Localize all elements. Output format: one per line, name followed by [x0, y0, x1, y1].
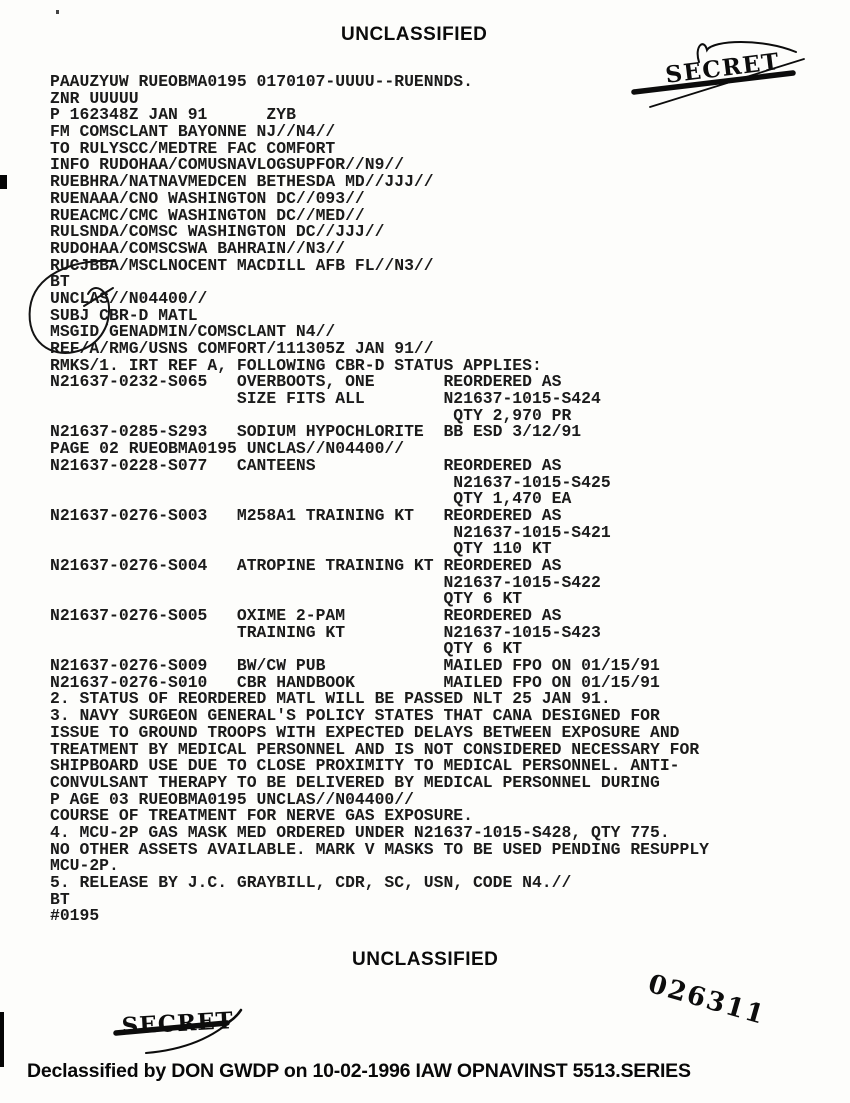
- secret-stamp-bottom: SECRET: [121, 1007, 234, 1040]
- secret-stamp-top: SECRET: [664, 48, 782, 89]
- classification-footer: UNCLASSIFIED: [352, 949, 498, 971]
- scan-mark-left-top: [0, 175, 7, 189]
- scan-mark-left-bottom: [0, 1012, 4, 1067]
- message-line: N21637-0228-S077 CANTEENS REORDERED AS: [50, 458, 709, 475]
- message-line: RUENAAA/CNO WASHINGTON DC//093//: [50, 191, 709, 208]
- message-line: PAAUZYUW RUEOBMA0195 0170107-UUUU--RUENN…: [50, 74, 709, 91]
- declassification-note: Declassified by DON GWDP on 10-02-1996 I…: [27, 1060, 691, 1083]
- message-line: BT: [50, 892, 709, 909]
- document-page: UNCLASSIFIED PAAUZYUW RUEOBMA0195 017010…: [0, 0, 850, 1103]
- message-line: RUCJBBA/MSCLNOCENT MACDILL AFB FL//N3//: [50, 258, 709, 275]
- message-line: 5. RELEASE BY J.C. GRAYBILL, CDR, SC, US…: [50, 875, 709, 892]
- message-body: PAAUZYUW RUEOBMA0195 0170107-UUUU--RUENN…: [50, 74, 709, 925]
- message-line: NO OTHER ASSETS AVAILABLE. MARK V MASKS …: [50, 842, 709, 859]
- message-line: #0195: [50, 908, 709, 925]
- scan-mark-dot: [56, 10, 59, 14]
- message-line: ISSUE TO GROUND TROOPS WITH EXPECTED DEL…: [50, 725, 709, 742]
- control-number-stamp: 026311: [645, 969, 769, 1031]
- classification-header: UNCLASSIFIED: [341, 24, 487, 46]
